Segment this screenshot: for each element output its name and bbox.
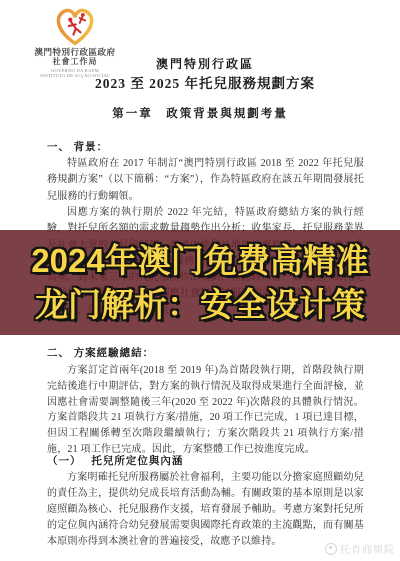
source-watermark: 托育商频院 (325, 541, 395, 556)
watermark-text: 托育商频院 (340, 541, 395, 556)
watermark-eye-icon (325, 543, 337, 555)
overlay-ad-text-line1: 2024年澳门免费高精准 (31, 241, 368, 281)
section-3-paragraph-1: 方案明確托兒所服務屬於社會福利，主要功能以分擔家庭照顧幼兒的責任為主，提供幼兒成… (47, 470, 364, 550)
heart-logo-icon (51, 4, 99, 48)
overlay-ad-text-line2: 龙门解析：安全设计策 (35, 285, 365, 325)
section-1-heading: 一、 背景： (47, 139, 365, 154)
document-page: 澳門特別行政區政府 社會工作局 GOVERNO DA RAEM INSTITUT… (0, 0, 400, 561)
document-title-line1: 澳門特別行政區 (60, 55, 350, 72)
section-3-heading: （一） 托兒所定位與內涵 (47, 453, 365, 468)
overlay-ad-banner: 2024年澳门免费高精准 龙门解析：安全设计策 (0, 230, 400, 335)
chapter-heading: 第一章 政策背景與規劃考量 (0, 105, 400, 121)
section-1-paragraph-1: 特區政府在 2017 年制訂“澳門特別行政區 2018 至 2022 年托兒服務… (47, 156, 364, 205)
document-title-line2: 2023 至 2025 年托兒服務規劃方案 (40, 72, 370, 92)
section-2-paragraph-1: 方案訂定首兩年(2018 至 2019 年)為首階段執行期，首階段執行期完結後進… (47, 363, 364, 458)
section-2-heading: 二、 方案經驗總結： (47, 345, 365, 360)
